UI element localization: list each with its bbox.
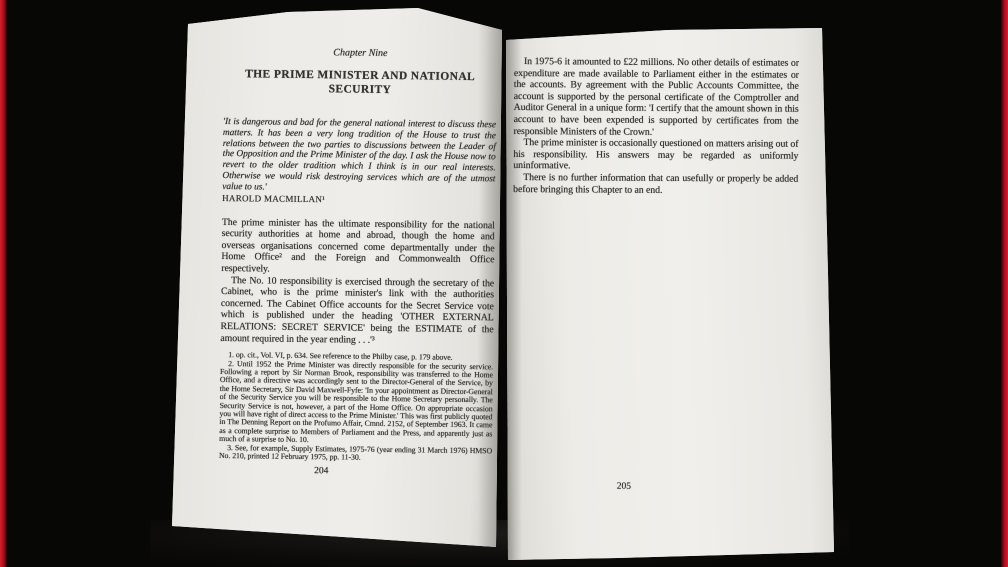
- page-number-right: 205: [481, 481, 766, 493]
- chapter-title: THE PRIME MINISTER AND NATIONAL SECURITY: [223, 67, 496, 98]
- page-number-left: 204: [185, 465, 458, 478]
- left-paragraph-2: The No. 10 responsibility is exercised t…: [220, 275, 494, 348]
- red-stripe-left: [0, 0, 7, 567]
- book-page-left: Chapter Nine THE PRIME MINISTER AND NATI…: [168, 6, 504, 552]
- red-stripe-right: [1001, 0, 1008, 567]
- epigraph-attribution: HAROLD MACMILLAN¹: [222, 193, 495, 207]
- book-page-right: In 1975-6 it amounted to £22 millions. N…: [498, 24, 836, 560]
- footnote-3: 3. See, for example, Supply Estimates, 1…: [219, 444, 492, 464]
- left-footnotes: 1. op. cit., Vol. VI, p. 634. See refere…: [219, 351, 493, 464]
- right-paragraph-1: In 1975-6 it amounted to £22 millions. N…: [514, 56, 799, 139]
- epigraph-quote: 'It is dangerous and bad for the general…: [222, 117, 496, 196]
- footnote-2: 2. Until 1952 the Prime Minister was dir…: [219, 359, 493, 446]
- epigraph-text: 'It is dangerous and bad for the general…: [222, 117, 496, 192]
- video-frame: Chapter Nine THE PRIME MINISTER AND NATI…: [0, 0, 1008, 567]
- right-page-content: In 1975-6 it amounted to £22 millions. N…: [511, 56, 799, 493]
- right-paragraph-2: The prime minister is occasionally quest…: [513, 137, 798, 174]
- left-paragraph-1: The prime minister has the ultimate resp…: [221, 217, 495, 278]
- chapter-label: Chapter Nine: [224, 46, 497, 61]
- right-paragraph-3: There is no further information that can…: [513, 172, 798, 197]
- right-body-text: In 1975-6 it amounted to £22 millions. N…: [513, 56, 799, 197]
- left-body-text: The prime minister has the ultimate resp…: [220, 217, 495, 348]
- left-page-content: Chapter Nine THE PRIME MINISTER AND NATI…: [219, 46, 497, 479]
